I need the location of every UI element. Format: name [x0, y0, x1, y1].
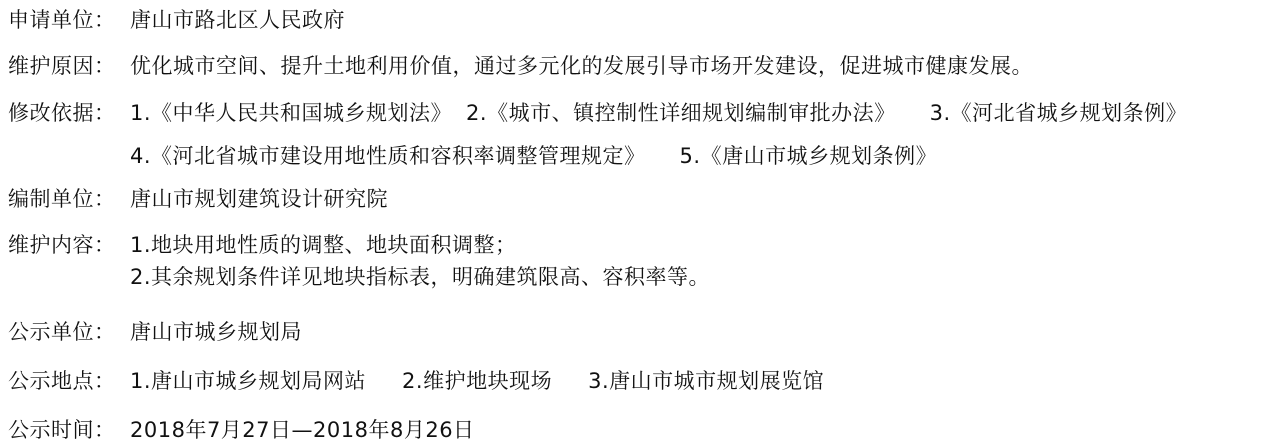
content-label: 维护内容： — [8, 230, 130, 260]
content-item-1: 1.地块用地性质的调整、地块面积调整； — [130, 230, 517, 260]
location-item-3: 3.唐山市城市规划展览馆 — [588, 366, 824, 396]
basis-line-1: 1.《中华人民共和国城乡规划法》2.《城市、镇控制性详细规划编制审批办法》3.《… — [130, 98, 1187, 128]
reason-value: 优化城市空间、提升土地利用价值，通过多元化的发展引导市场开发建设，促进城市健康发… — [130, 51, 1033, 81]
period-label: 公示时间： — [8, 415, 130, 445]
locations-label: 公示地点： — [8, 366, 130, 396]
basis-label: 修改依据： — [8, 98, 130, 128]
locations-row: 公示地点： — [8, 366, 130, 396]
applicant-value: 唐山市路北区人民政府 — [130, 5, 345, 35]
basis-row: 修改依据： — [8, 98, 130, 128]
compiler-value: 唐山市规划建筑设计研究院 — [130, 184, 388, 214]
period-value: 2018年7月27日—2018年8月26日 — [130, 415, 475, 445]
location-item-1: 1.唐山市城乡规划局网站 — [130, 366, 366, 396]
content-item-2: 2.其余规划条件详见地块指标表，明确建筑限高、容积率等。 — [130, 262, 710, 292]
applicant-label: 申请单位： — [8, 5, 130, 35]
period-row: 公示时间： — [8, 415, 130, 445]
publisher-row: 公示单位： — [8, 317, 130, 347]
compiler-label: 编制单位： — [8, 184, 130, 214]
notice-document: 申请单位： 唐山市路北区人民政府 维护原因： 优化城市空间、提升土地利用价值，通… — [0, 0, 1280, 448]
basis-item-2: 2.《城市、镇控制性详细规划编制审批办法》 — [466, 98, 896, 128]
location-item-2: 2.维护地块现场 — [402, 366, 552, 396]
locations-list: 1.唐山市城乡规划局网站2.维护地块现场3.唐山市城市规划展览馆 — [130, 366, 824, 396]
basis-item-1: 1.《中华人民共和国城乡规划法》 — [130, 98, 452, 128]
basis-item-5: 5.《唐山市城乡规划条例》 — [680, 141, 938, 171]
reason-label: 维护原因： — [8, 51, 130, 81]
basis-item-3: 3.《河北省城乡规划条例》 — [930, 98, 1188, 128]
basis-item-4: 4.《河北省城市建设用地性质和容积率调整管理规定》 — [130, 141, 646, 171]
basis-line-2: 4.《河北省城市建设用地性质和容积率调整管理规定》5.《唐山市城乡规划条例》 — [130, 141, 937, 171]
publisher-label: 公示单位： — [8, 317, 130, 347]
publisher-value: 唐山市城乡规划局 — [130, 317, 302, 347]
content-row: 维护内容： — [8, 230, 130, 260]
reason-row: 维护原因： — [8, 51, 130, 81]
compiler-row: 编制单位： — [8, 184, 130, 214]
applicant-row: 申请单位： — [8, 5, 130, 35]
